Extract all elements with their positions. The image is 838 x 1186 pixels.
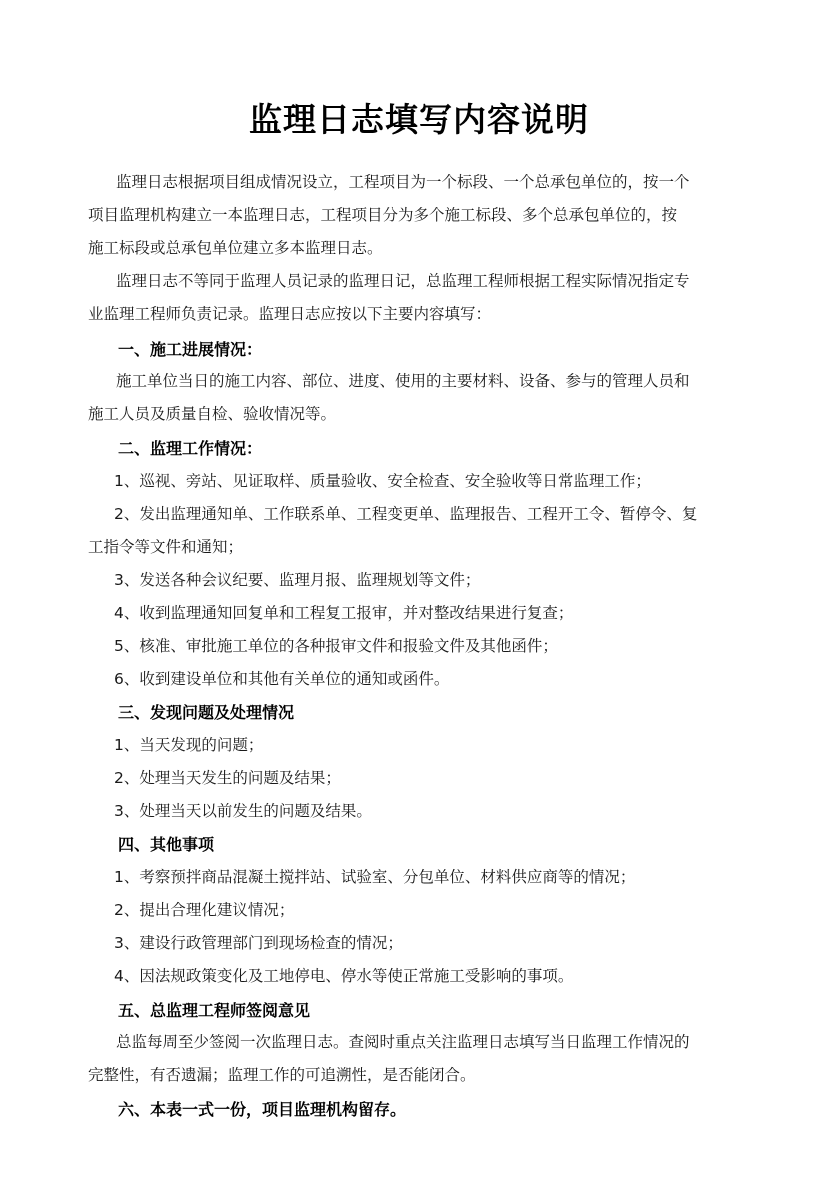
document-title: 监理日志填写内容说明 <box>0 94 838 141</box>
section-5-paragraph-line-1: 总监每周至少签阅一次监理日志。查阅时重点关注监理日志填写当日监理工作情况的 <box>116 1030 690 1052</box>
section-3-heading: 三、发现问题及处理情况 <box>118 700 294 723</box>
intro-paragraph-1-line-1: 监理日志根据项目组成情况设立，工程项目为一个标段、一个总承包单位的，按一个 <box>116 170 690 192</box>
section-4-heading: 四、其他事项 <box>118 832 214 855</box>
intro-paragraph-1-line-3: 施工标段或总承包单位建立多本监理日志。 <box>88 236 383 258</box>
section-6-heading: 六、本表一式一份，项目监理机构留存。 <box>118 1097 406 1120</box>
section-1-heading: 一、施工进展情况： <box>118 337 262 360</box>
section-1-paragraph-line-2: 施工人员及质量自检、验收情况等。 <box>88 402 336 424</box>
section-2-item-4: 4、收到监理通知回复单和工程复工报审，并对整改结果进行复查； <box>114 601 573 623</box>
section-2-heading: 二、监理工作情况： <box>118 436 262 459</box>
section-2-item-2-line-1: 2、发出监理通知单、工作联系单、工程变更单、监理报告、工程开工令、暂停令、复 <box>114 502 697 524</box>
intro-paragraph-1-line-2: 项目监理机构建立一本监理日志，工程项目分为多个施工标段、多个总承包单位的，按 <box>88 203 677 225</box>
section-2-item-1: 1、巡视、旁站、见证取样、质量验收、安全检查、安全验收等日常监理工作； <box>114 469 651 491</box>
section-4-item-1: 1、考察预拌商品混凝土搅拌站、试验室、分包单位、材料供应商等的情况； <box>114 865 635 887</box>
section-2-item-5: 5、核准、审批施工单位的各种报审文件和报验文件及其他函件； <box>114 634 558 656</box>
section-4-item-2: 2、提出合理化建议情况； <box>114 898 294 920</box>
section-4-item-4: 4、因法规政策变化及工地停电、停水等使正常施工受影响的事项。 <box>114 964 573 986</box>
section-2-item-2-line-2: 工指令等文件和通知； <box>88 535 243 557</box>
section-5-paragraph-line-2: 完整性，有否遗漏；监理工作的可追溯性，是否能闭合。 <box>88 1063 476 1085</box>
intro-paragraph-2-line-1: 监理日志不等同于监理人员记录的监理日记，总监理工程师根据工程实际情况指定专 <box>116 269 690 291</box>
section-3-item-1: 1、当天发现的问题； <box>114 733 263 755</box>
section-4-item-3: 3、建设行政管理部门到现场检查的情况； <box>114 931 403 953</box>
section-5-heading: 五、总监理工程师签阅意见 <box>118 998 310 1021</box>
intro-paragraph-2-line-2: 业监理工程师负责记录。监理日志应按以下主要内容填写： <box>88 302 491 324</box>
section-3-item-3: 3、处理当天以前发生的问题及结果。 <box>114 799 372 821</box>
section-2-item-6: 6、收到建设单位和其他有关单位的通知或函件。 <box>114 667 449 689</box>
section-3-item-2: 2、处理当天发生的问题及结果； <box>114 766 341 788</box>
section-1-paragraph-line-1: 施工单位当日的施工内容、部位、进度、使用的主要材料、设备、参与的管理人员和 <box>116 369 690 391</box>
section-2-item-3: 3、发送各种会议纪要、监理月报、监理规划等文件； <box>114 568 480 590</box>
document-page: 监理日志填写内容说明 监理日志根据项目组成情况设立，工程项目为一个标段、一个总承… <box>0 0 838 1186</box>
